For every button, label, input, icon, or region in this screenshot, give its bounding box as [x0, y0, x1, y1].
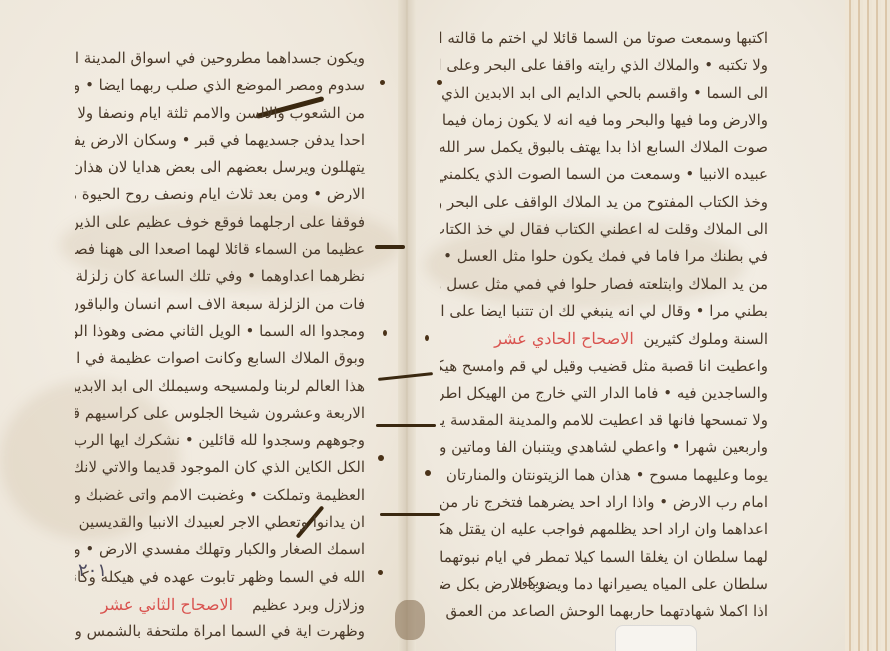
- text-line: وخذ الكتاب المفتوح من يد الملاك الواقف ع…: [440, 189, 768, 216]
- text-line: هذا العالم لربنا ولمسيحه وسيملك الى ابد …: [75, 373, 365, 400]
- text-line: والارض وما فيها والبحر وما فيه انه لا يك…: [440, 107, 768, 134]
- text-line: العظيمة وتملكت • وغضبت الامم واتى غضبك و…: [75, 482, 365, 509]
- text-line: وظهرت اية في السما امراة ملتحفة بالشمس و…: [75, 618, 365, 645]
- right-page-text: اكتبها وسمعت صوتا من السما قائلا لي اختم…: [440, 25, 768, 626]
- binding-stain: [395, 600, 425, 640]
- text-line: عظيما من السماء قائلا لهما اصعدا الى ههن…: [75, 236, 365, 263]
- text-line: وبوق الملاك السابع وكانت اصوات عظيمة في …: [75, 345, 365, 372]
- text-line: ومجدوا اله السما • الويل الثاني مضى وهوذ…: [75, 318, 365, 345]
- text-line: الارض • ومن بعد ثلاث ايام ونصف روح الحيو…: [75, 181, 365, 208]
- text-line: وزلازل وبرد عظيم الاصحاح الثاني عشر: [75, 591, 365, 618]
- text-line: اعداهما وان اراد احد يظلمهم فواجب عليه ا…: [440, 516, 768, 543]
- gutter-fold: [398, 0, 416, 651]
- text-line: الكل الكاين الذي كان الموجود قديما والات…: [75, 454, 365, 481]
- ink-dot: [383, 330, 387, 336]
- text-line: سدوم ومصر الموضع الذي صلب ربهما ايضا • و…: [75, 72, 365, 99]
- page-edges: [845, 0, 890, 651]
- text-line: يتهللون ويرسل بعضهم الى بعض هدايا لان هذ…: [75, 154, 365, 181]
- text-line: والساجدين فيه • فاما الدار التي خارج من …: [440, 380, 768, 407]
- text-line: في بطنك مرا فاما في فمك يكون حلوا مثل ال…: [440, 243, 768, 270]
- text-line: الى الملاك وقلت له اعطني الكتاب فقال لي …: [440, 216, 768, 243]
- ink-mark: [376, 424, 436, 427]
- text-line: يوما وعليهما مسوح • هذان هما الزيتونتان …: [440, 462, 768, 489]
- text-line: اسمك الصغار والكبار وتهلك مفسدي الارض • …: [75, 536, 365, 563]
- text-line: من الشعوب والالسن والامم ثلثة ايام ونصفا…: [75, 100, 365, 127]
- text-line: واعطيت انا قصبة مثل قضيب وقيل لي قم وامس…: [440, 353, 768, 380]
- ink-dot: [425, 470, 431, 476]
- text-line: اذا اكملا شهادتهما حاربهما الوحش الصاعد …: [440, 598, 768, 625]
- ink-dot: [378, 455, 384, 461]
- text-line: الاربعة وعشرون شيخا الجلوس على كراسيهم ق…: [75, 400, 365, 427]
- ink-mark: [380, 513, 440, 516]
- text-line: بطني مرا • وقال لي انه ينبغي لك ان تتنبا…: [440, 298, 768, 325]
- text-line: ويكون جسداهما مطروحين في اسواق المدينة ا…: [75, 45, 365, 72]
- text-line: واربعين شهرا • واعطي لشاهدي ويتنبان الفا…: [440, 434, 768, 461]
- text-line: ولا تكتبه • والملاك الذي رايته واقفا على…: [440, 52, 768, 79]
- chapter-heading: الاصحاح الثاني عشر: [101, 595, 233, 614]
- text-line: فوقفا على ارجلهما فوقع خوف عظيم على الذي…: [75, 209, 365, 236]
- ink-mark: [375, 245, 405, 249]
- text-line: الله في السما وظهر تابوت عهده في هيكله و…: [75, 564, 365, 591]
- text-line: عبيده الانبيا • وسمعت من السما الصوت الذ…: [440, 161, 768, 188]
- text-line: وجوههم وسجدوا لله قائلين • نشكرك ايها ال…: [75, 427, 365, 454]
- folio-number: ٢٠١: [78, 560, 107, 581]
- ink-dot: [425, 335, 429, 341]
- ink-dot: [378, 570, 383, 575]
- text-line: صوت الملاك السابع اذا بدا يهتف بالبوق يك…: [440, 134, 768, 161]
- text-line: من يد الملاك وابتلعته فصار حلوا في فمي م…: [440, 271, 768, 298]
- text-line: الى السما • واقسم بالحي الدايم الى ابد ا…: [440, 80, 768, 107]
- repair-tape: [615, 625, 697, 651]
- text-line: فات من الزلزلة سبعة الاف اسم انسان والبا…: [75, 291, 365, 318]
- text-line: امام رب الارض • واذا اراد احد يضرهما فتخ…: [440, 489, 768, 516]
- text-line: نظرهما اعداوهما • وفي تلك الساعة كان زلز…: [75, 263, 365, 290]
- text-line: السنة وملوك كثيرين الاصحاح الحادي عشر: [440, 325, 768, 352]
- text-line: سلطان على المياه يصيرانها دما ويضربا الا…: [440, 571, 768, 598]
- manuscript-spread: ويكون جسداهما مطروحين في اسواق المدينة ا…: [0, 0, 890, 651]
- text-line: احدا يدفن جسديهما في قبر • وسكان الارض ي…: [75, 127, 365, 154]
- text-line: لهما سلطان ان يغلقا السما كيلا تمطر في ا…: [440, 544, 768, 571]
- text-line: اكتبها وسمعت صوتا من السما قائلا لي اختم…: [440, 25, 768, 52]
- text-line: ان يدانوا وتعطي الاجر لعبيدك الانبيا وال…: [75, 509, 365, 536]
- text-line: ولا تمسحها فانها قد اعطيت للامم والمدينة…: [440, 407, 768, 434]
- ink-dot: [380, 80, 385, 85]
- left-page-text: ويكون جسداهما مطروحين في اسواق المدينة ا…: [75, 45, 365, 646]
- chapter-heading: الاصحاح الحادي عشر: [494, 329, 634, 348]
- catchword: ويكون: [512, 575, 545, 590]
